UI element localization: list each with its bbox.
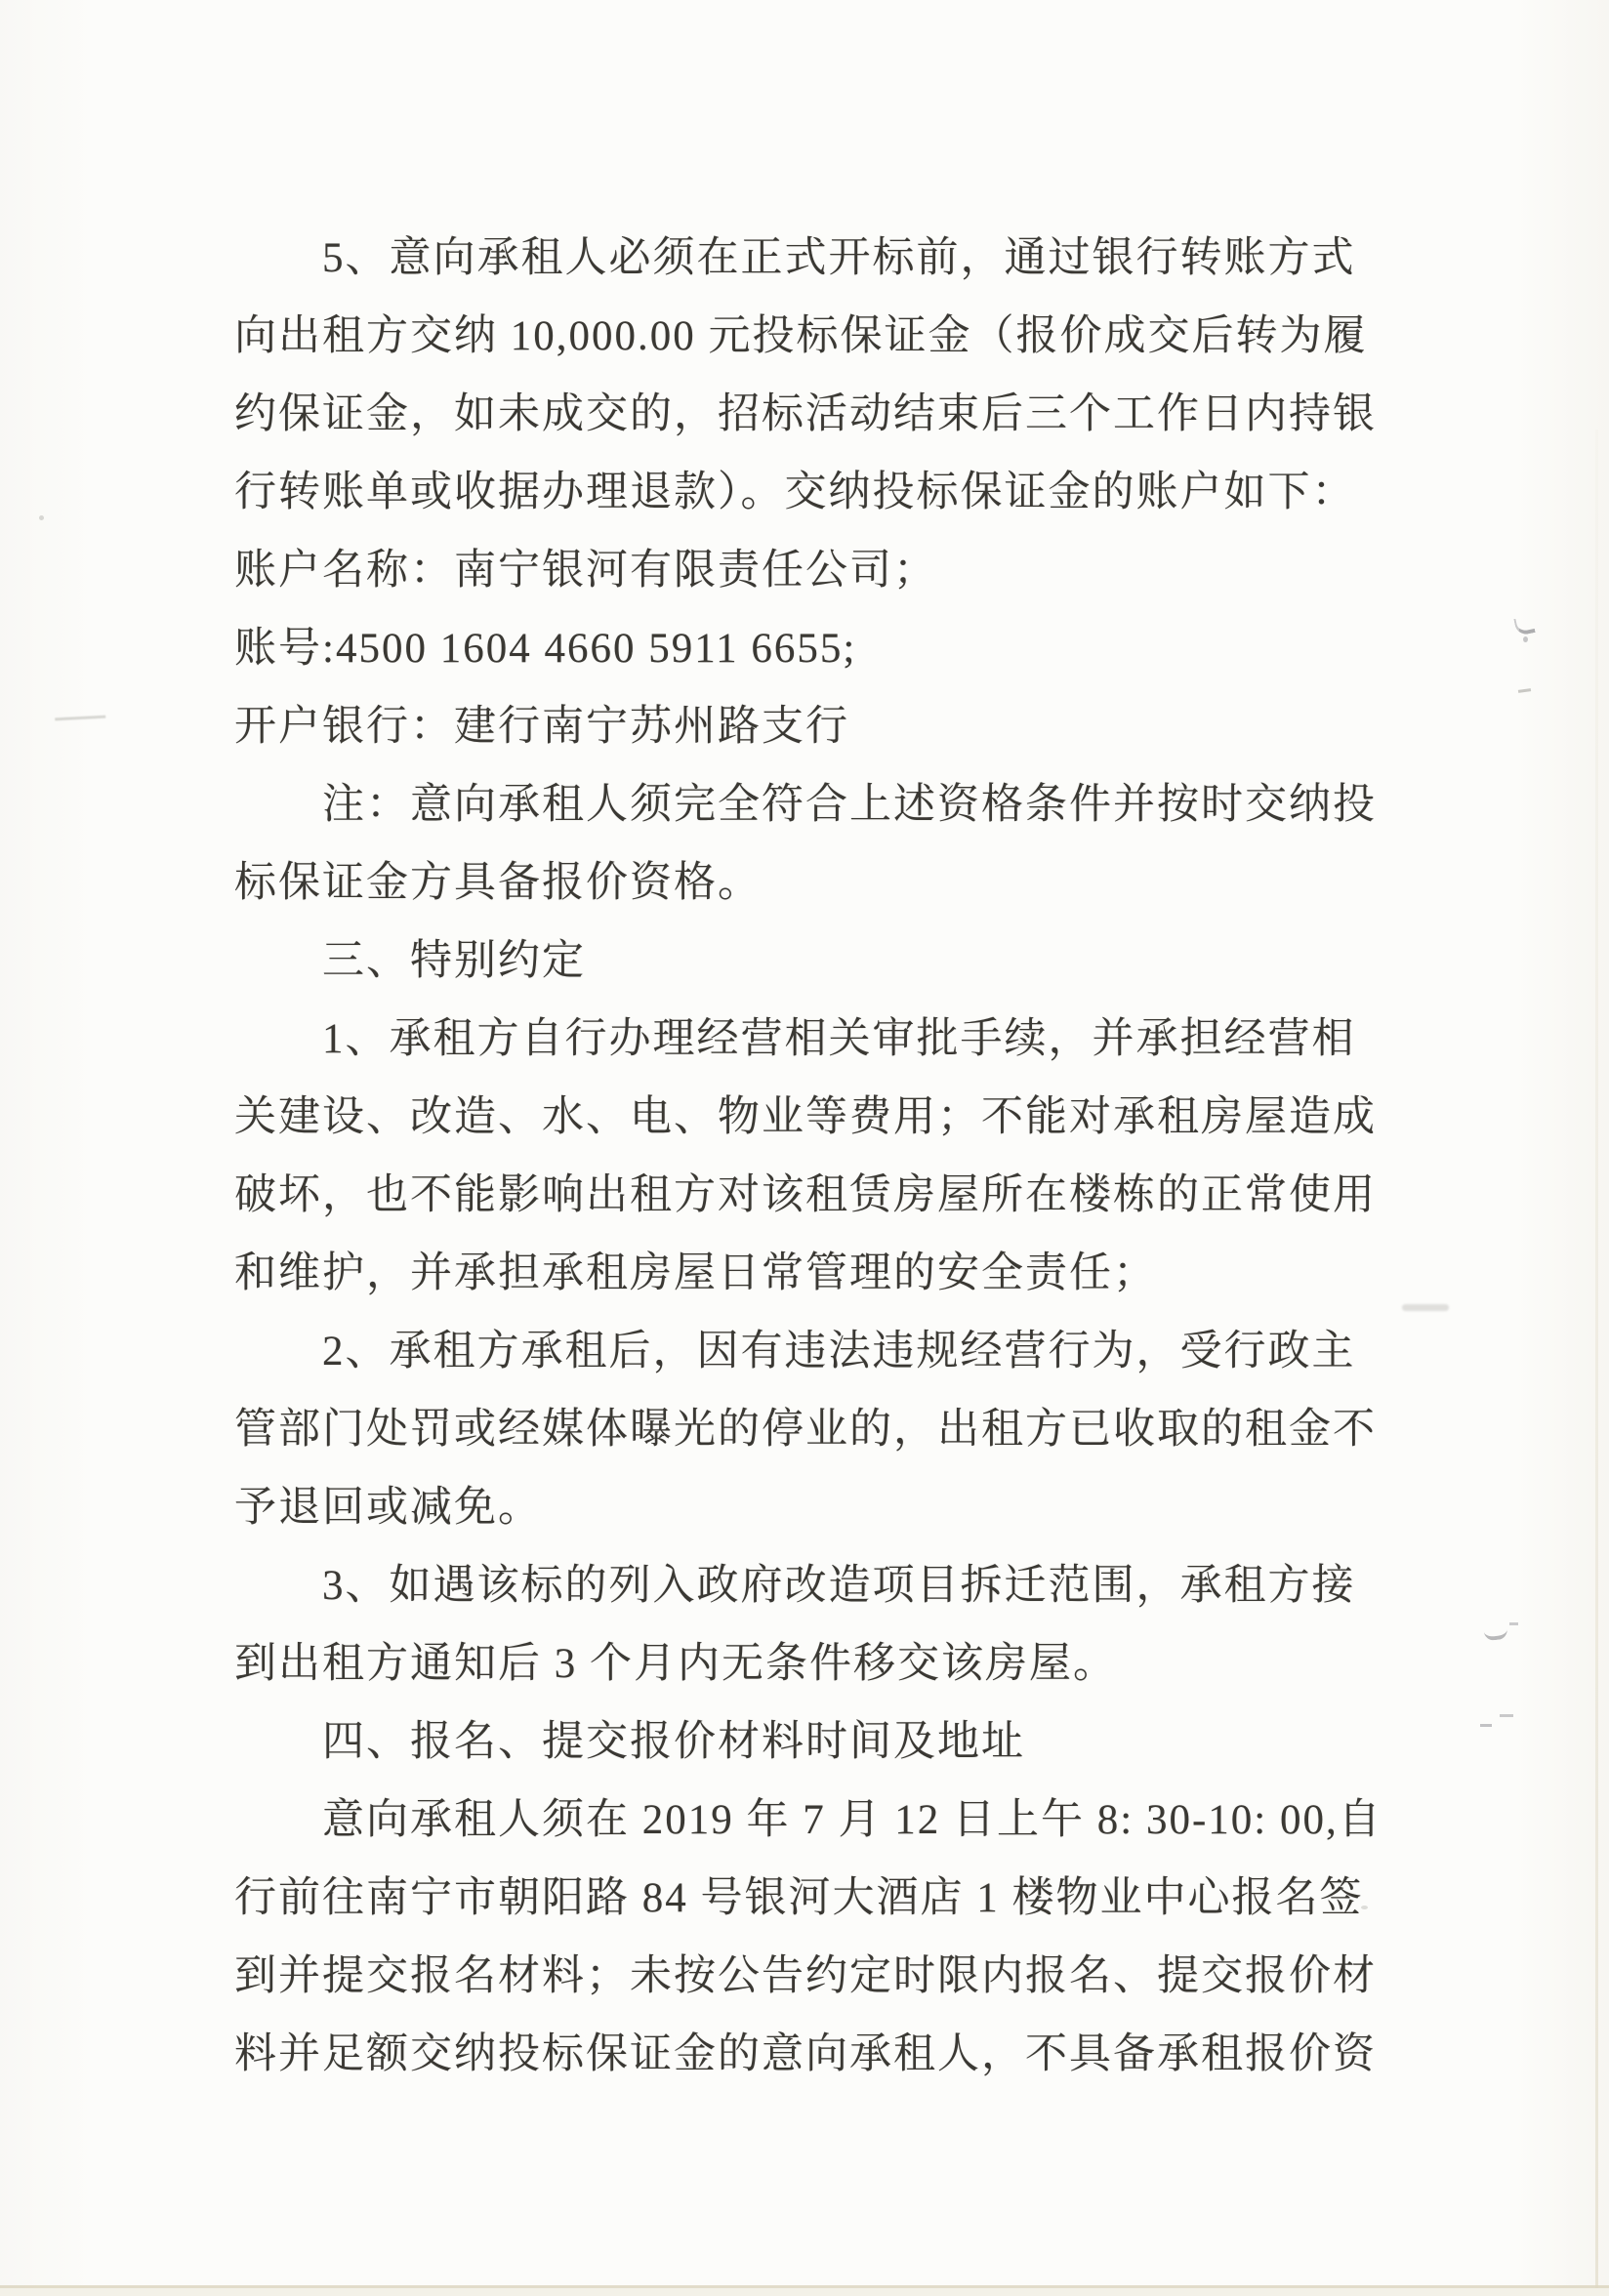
document-line: 2、承租方承租后，因有违法违规经营行为，受行政主	[234, 1313, 1382, 1391]
document-line: 管部门处罚或经媒体曝光的停业的，出租方已收取的租金不	[234, 1391, 1382, 1469]
document-line: 予退回或减免。	[234, 1469, 1382, 1547]
scan-artifact	[1480, 1724, 1492, 1727]
document-line: 约保证金，如未成交的，招标活动结束后三个工作日内持银	[234, 376, 1382, 454]
scan-artifact	[1402, 1304, 1449, 1311]
document-line: 5、意向承租人必须在正式开标前，通过银行转账方式	[234, 220, 1382, 298]
document-line: 和维护，并承担承租房屋日常管理的安全责任；	[234, 1235, 1382, 1313]
document-line: 行转账单或收据办理退款）。交纳投标保证金的账户如下：	[234, 454, 1382, 532]
scan-artifact	[1483, 1625, 1507, 1641]
scan-artifact	[1513, 615, 1535, 636]
scan-right-edge-shadow	[1595, 430, 1598, 2288]
document-text-block: 5、意向承租人必须在正式开标前，通过银行转账方式 向出租方交纳 10,000.0…	[234, 220, 1382, 2094]
scan-artifact	[1523, 636, 1528, 642]
document-line-section-3-heading: 三、特别约定	[234, 922, 1382, 1001]
document-line: 行前往南宁市朝阳路 84 号银河大酒店 1 楼物业中心报名签	[234, 1860, 1382, 1938]
document-line: 3、如遇该标的列入政府改造项目拆迁范围，承租方接	[234, 1547, 1382, 1625]
scan-artifact	[1500, 1714, 1513, 1717]
document-line-account-name: 账户名称：南宁银河有限责任公司；	[234, 532, 1382, 610]
scan-artifact	[39, 515, 44, 520]
scanned-document-page: 5、意向承租人必须在正式开标前，通过银行转账方式 向出租方交纳 10,000.0…	[0, 0, 1609, 2296]
scan-bottom-edge-fill	[0, 2288, 1609, 2296]
document-line: 注：意向承租人须完全符合上述资格条件并按时交纳投	[234, 766, 1382, 844]
document-line: 到出租方通知后 3 个月内无条件移交该房屋。	[234, 1625, 1382, 1703]
document-line-bank: 开户银行：建行南宁苏州路支行	[234, 688, 1382, 766]
document-line-section-4-heading: 四、报名、提交报价材料时间及地址	[234, 1703, 1382, 1782]
document-line: 1、承租方自行办理经营相关审批手续，并承担经营相	[234, 1001, 1382, 1079]
document-line: 向出租方交纳 10,000.00 元投标保证金（报价成交后转为履	[234, 298, 1382, 376]
document-line: 料并足额交纳投标保证金的意向承租人，不具备承租报价资	[234, 2016, 1382, 2094]
document-line: 关建设、改造、水、电、物业等费用；不能对承租房屋造成	[234, 1079, 1382, 1157]
scan-artifact	[55, 708, 106, 721]
document-line: 标保证金方具备报价资格。	[234, 844, 1382, 922]
document-line: 破坏，也不能影响出租方对该租赁房屋所在楼栋的正常使用	[234, 1157, 1382, 1235]
document-line: 意向承租人须在 2019 年 7 月 12 日上午 8: 30-10: 00,自	[234, 1782, 1382, 1860]
scan-artifact	[1509, 1622, 1518, 1625]
scan-artifact	[1518, 688, 1531, 693]
document-line: 到并提交报名材料；未按公告约定时限内报名、提交报价材	[234, 1938, 1382, 2016]
document-line-account-number: 账号:4500 1604 4660 5911 6655;	[234, 610, 1382, 688]
